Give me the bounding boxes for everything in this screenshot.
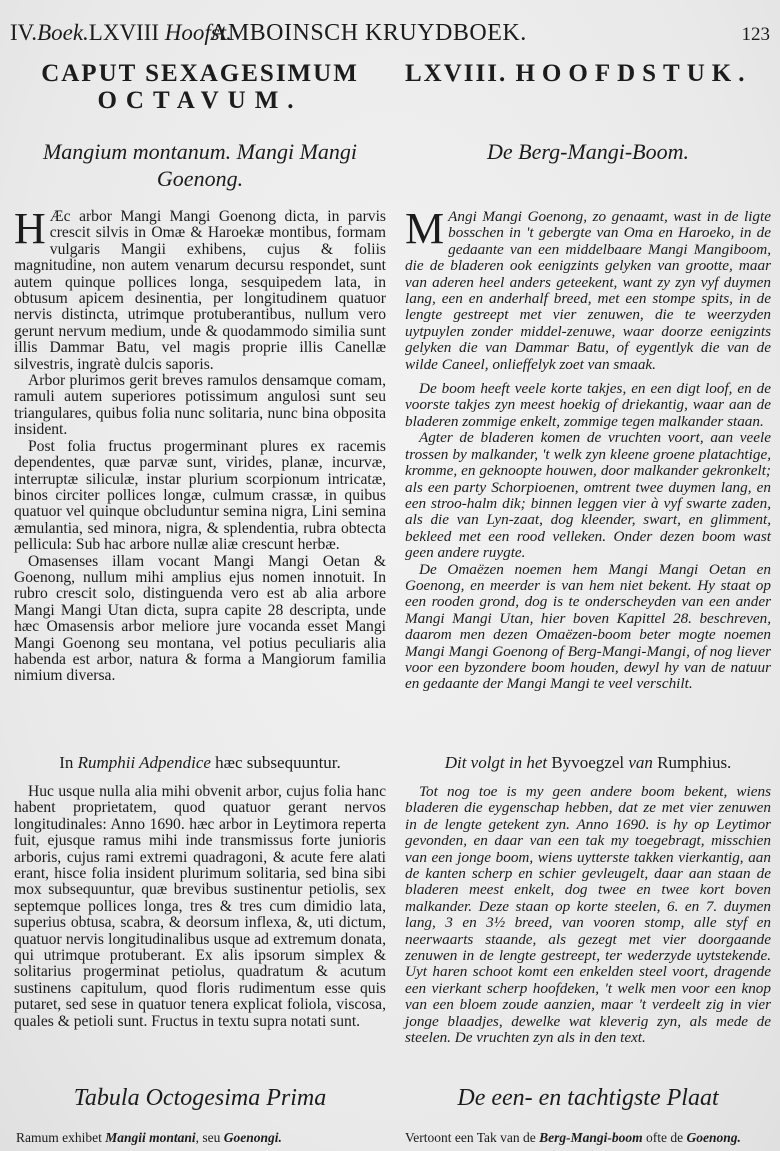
dutch-main-text: MAngi Mangi Goenong, zo genaamt, wast in… (405, 209, 771, 693)
book-word: Boek. (37, 20, 89, 45)
dutch-caption-mid: ofte de (646, 1130, 683, 1145)
latin-plant-name: Mangium montanum. Mangi Mangi Goenong. (14, 138, 386, 192)
drop-cap: H (14, 211, 46, 247)
latin-paragraph-3: Post folia fructus progerminant plures e… (14, 439, 386, 554)
dutch-plant-name: De Berg-Mangi-Boom. (405, 138, 771, 165)
latin-caption-italic2: Goenongi. (224, 1130, 282, 1145)
latin-caption-mid: , seu (196, 1130, 221, 1145)
page-number: 123 (742, 18, 771, 52)
dutch-caption-italic: Berg-Mangi-boom (539, 1130, 643, 1145)
dutch-paragraph-4: De Omaëzen noemen hem Mangi Mangi Oetan … (405, 562, 771, 693)
dutch-appendix-paragraph: Tot nog toe is my geen andere boom beken… (405, 784, 771, 1047)
dutch-chapter-word: HOOFDSTUK. (515, 60, 751, 87)
latin-column: CAPUT SEXAGESIMUM OCTAVUM. Mangium monta… (14, 60, 386, 1151)
dutch-chapter-number: LXVIII. (405, 60, 507, 87)
latin-chapter-title-line1: CAPUT SEXAGESIMUM (14, 60, 386, 87)
dutch-paragraph-1-text: Angi Mangi Goenong, zo genaamt, wast in … (405, 208, 771, 373)
book-page: IV.Boek.LXVIII Hoofst. AMBOINSCH KRUYDBO… (0, 0, 780, 1151)
dutch-appendix-heading-italic2: van (628, 753, 653, 772)
latin-caption-italic: Mangii montani (105, 1130, 195, 1145)
latin-paragraph-2: Arbor plurimos gerit breves ramulos dens… (14, 373, 386, 439)
latin-appendix-text: Huc usque nulla alia mihi obvenit arbor,… (14, 784, 386, 1030)
latin-caption-prefix: Ramum exhibet (16, 1130, 102, 1145)
dutch-paragraph-2: De boom heeft veele korte takjes, en een… (405, 381, 771, 430)
running-head-title: AMBOINSCH KRUYDBOEK. (210, 16, 527, 50)
dutch-plate-caption: Vertoont een Tak van de Berg-Mangi-boom … (405, 1129, 741, 1147)
dutch-plate-title: De een- en tachtigste Plaat (405, 1083, 771, 1113)
latin-appendix-heading-italic: Rumphii Adpendice (78, 753, 211, 772)
latin-chapter-title-line2: OCTAVUM. (14, 87, 386, 114)
latin-appendix-heading-prefix: In (59, 753, 73, 772)
dutch-appendix-heading-roman2: Rumphius. (657, 753, 731, 772)
latin-plant-name-line1: Mangium montanum. Mangi Mangi (14, 138, 386, 165)
dutch-appendix-text: Tot nog toe is my geen andere boom beken… (405, 784, 771, 1047)
latin-paragraph-4: Omasenses illam vocant Mangi Mangi Oetan… (14, 554, 386, 685)
running-head: IV.Boek.LXVIII Hoofst. AMBOINSCH KRUYDBO… (10, 16, 770, 50)
latin-appendix-heading: In Rumphii Adpendice hæc subsequuntur. (14, 752, 386, 774)
latin-plate-caption: Ramum exhibet Mangii montani, seu Goenon… (16, 1129, 282, 1147)
latin-appendix-paragraph: Huc usque nulla alia mihi obvenit arbor,… (14, 784, 386, 1030)
dutch-paragraph-3: Agter de bladeren komen de vruchten voor… (405, 430, 771, 561)
latin-main-text: HÆc arbor Mangi Mangi Goenong dicta, in … (14, 209, 386, 685)
latin-paragraph-1-text: Æc arbor Mangi Mangi Goenong dicta, in p… (14, 208, 386, 373)
drop-cap: M (405, 211, 444, 247)
running-head-book-chapter: IV.Boek.LXVIII Hoofst. (10, 16, 232, 50)
dutch-column: LXVIII. HOOFDSTUK. De Berg-Mangi-Boom. M… (405, 60, 771, 1151)
latin-plant-name-line2: Goenong. (14, 165, 386, 192)
book-number: IV. (10, 20, 37, 45)
dutch-chapter-title: LXVIII. HOOFDSTUK. (405, 60, 771, 87)
dutch-caption-italic2: Goenong. (687, 1130, 741, 1145)
chapter-number: LXVIII (89, 20, 159, 45)
dutch-appendix-heading: Dit volgt in het Byvoegzel van Rumphius. (405, 752, 771, 774)
latin-chapter-title: CAPUT SEXAGESIMUM OCTAVUM. (14, 60, 386, 114)
dutch-paragraph-1: MAngi Mangi Goenong, zo genaamt, wast in… (405, 209, 771, 373)
latin-appendix-heading-suffix: hæc subsequuntur. (215, 753, 341, 772)
dutch-appendix-heading-italic: Dit volgt in het (445, 753, 547, 772)
dutch-caption-prefix: Vertoont een Tak van de (405, 1130, 536, 1145)
dutch-appendix-heading-roman: Byvoegzel (551, 753, 624, 772)
latin-paragraph-1: HÆc arbor Mangi Mangi Goenong dicta, in … (14, 209, 386, 373)
latin-plate-title: Tabula Octogesima Prima (14, 1083, 386, 1113)
